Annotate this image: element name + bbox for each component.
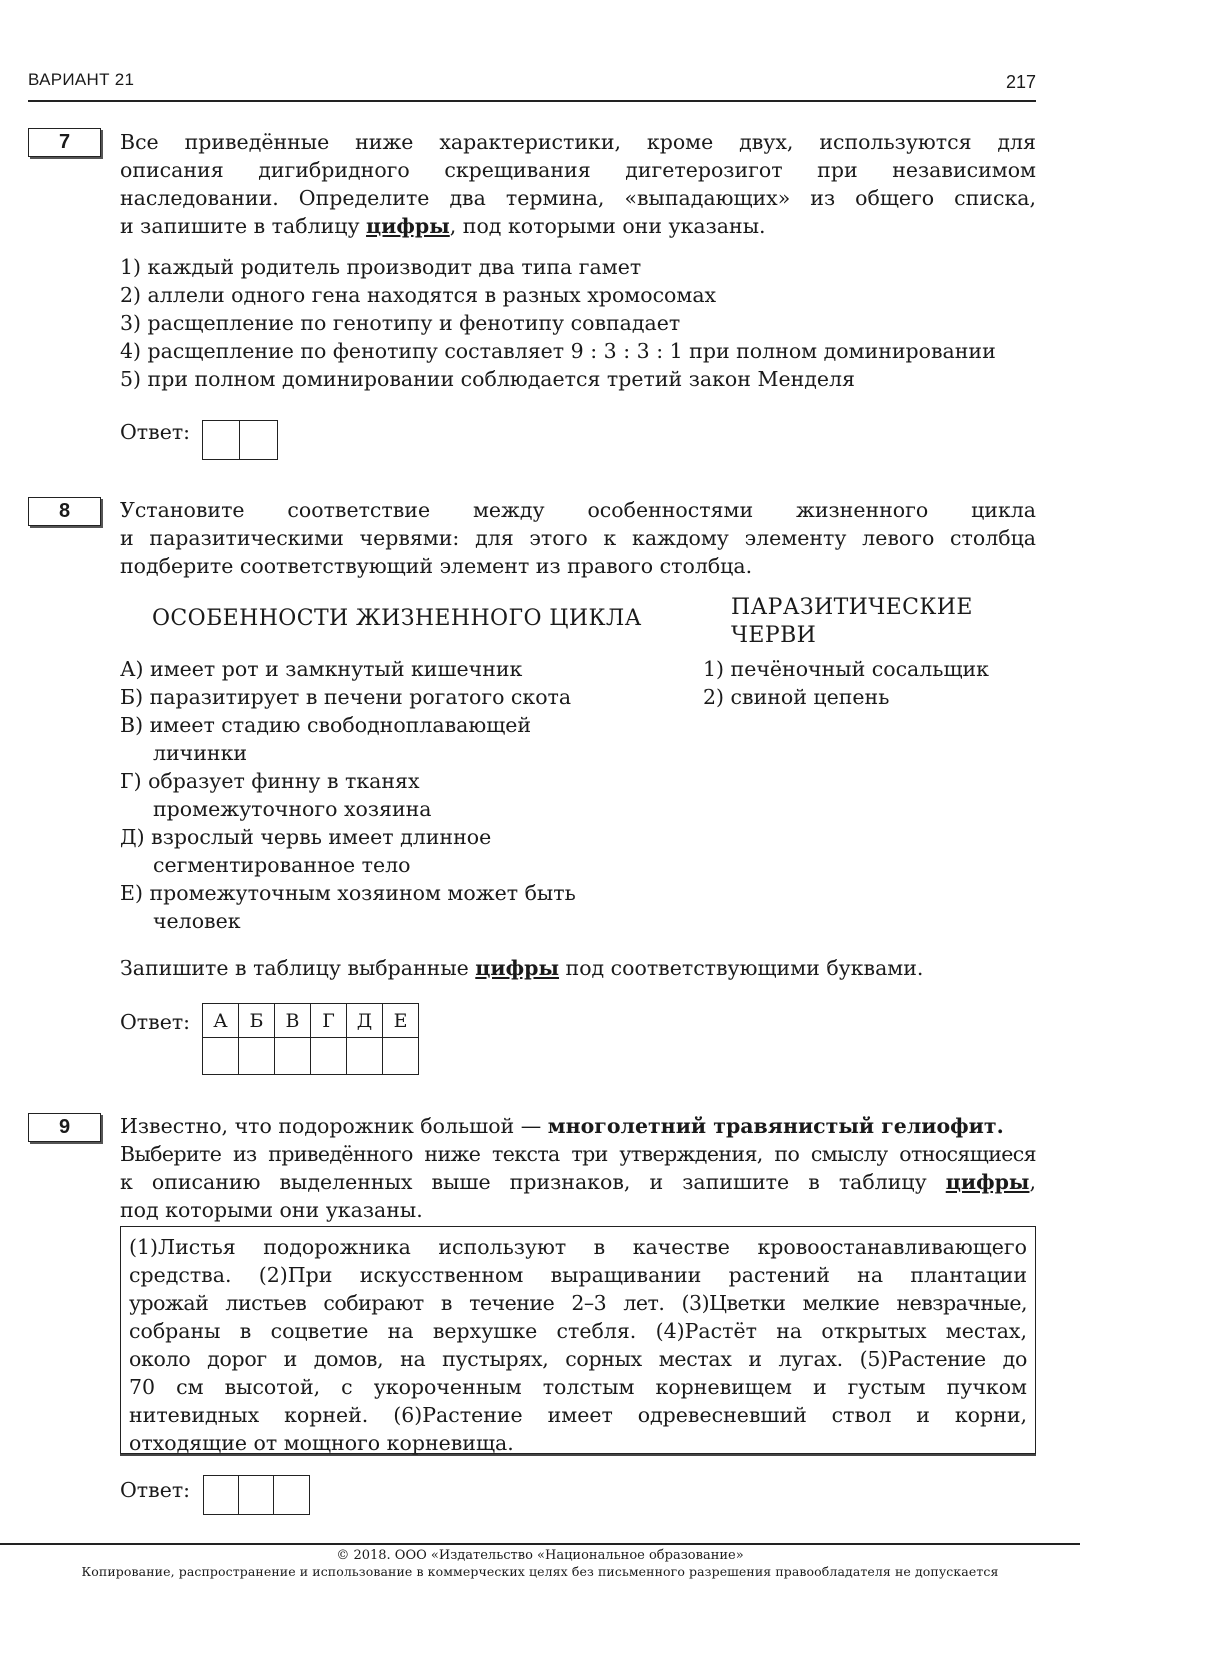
answer-cell[interactable] <box>274 1476 309 1514</box>
question-9-line: к описанию выделенных выше признаков, и … <box>120 1168 1036 1196</box>
table-letter: Г <box>311 1004 347 1038</box>
option-item: 2) аллели одного гена находятся в разных… <box>120 281 1036 309</box>
page-number: 217 <box>1006 72 1036 93</box>
answer-label: Ответ: <box>120 1478 190 1502</box>
answer-cell[interactable] <box>383 1038 419 1075</box>
answer-cell[interactable] <box>239 1038 275 1075</box>
table-letter: В <box>275 1004 311 1038</box>
question-7-line: наследовании. Определите два термина, «в… <box>120 184 1036 212</box>
answer-cell[interactable] <box>204 1476 239 1514</box>
question-8-answer-table: А Б В Г Д Е <box>202 1003 419 1075</box>
source-line: урожай листьев собирают в течение 2–3 ле… <box>129 1289 1027 1317</box>
question-9-answer-cells[interactable] <box>203 1475 310 1515</box>
question-7-line: описания дигибридного скрещивания дигете… <box>120 156 1036 184</box>
question-7-number: 7 <box>28 128 101 157</box>
table-letter: А <box>203 1004 239 1038</box>
page-header: ВАРИАНТ 21 217 <box>28 68 1036 102</box>
source-line: около дорог и домов, на пустырях, сорных… <box>129 1345 1027 1373</box>
question-7-line: и запишите в таблицу цифры, под которыми… <box>120 212 1036 240</box>
answer-label: Ответ: <box>120 420 190 444</box>
answer-cell[interactable] <box>203 421 240 459</box>
table-letter: Д <box>347 1004 383 1038</box>
option-item: 1) каждый родитель производит два типа г… <box>120 253 1036 281</box>
left-item: Д) взрослый червь имеет длинное сегменти… <box>120 823 540 879</box>
question-9-text: Известно, что подорожник большой — много… <box>120 1112 1036 1224</box>
left-item: В) имеет стадию свободноплавающей личинк… <box>120 711 580 767</box>
question-8-line: Установите соответствие между особенност… <box>120 496 1036 524</box>
source-line: нитевидных корней. (6)Растение имеет одр… <box>129 1401 1027 1429</box>
question-7-options: 1) каждый родитель производит два типа г… <box>120 253 1036 393</box>
left-item: Б) паразитирует в печени рогатого скота <box>120 683 680 711</box>
left-item: Г) образует финну в тканях промежуточног… <box>120 767 480 823</box>
option-item: 5) при полном доминировании соблюдается … <box>120 365 1036 393</box>
answer-cell[interactable] <box>275 1038 311 1075</box>
left-item: А) имеет рот и замкнутый кишечник <box>120 655 680 683</box>
table-letter: Б <box>239 1004 275 1038</box>
question-9-source-text: (1)Листья подорожника используют в качес… <box>120 1226 1036 1454</box>
question-8-number: 8 <box>28 497 101 526</box>
option-item: 4) расщепление по фенотипу составляет 9 … <box>120 337 1036 365</box>
answer-cell[interactable] <box>347 1038 383 1075</box>
answer-cell[interactable] <box>203 1038 239 1075</box>
answer-label: Ответ: <box>120 1010 190 1034</box>
table-letter: Е <box>383 1004 419 1038</box>
left-item: Е) промежуточным хозяином может быть чел… <box>120 879 620 935</box>
left-column-header: ОСОБЕННОСТИ ЖИЗНЕННОГО ЦИКЛА <box>152 606 642 631</box>
emphasis-digits: цифры <box>366 214 450 238</box>
question-8-text: Установите соответствие между особенност… <box>120 496 1036 580</box>
right-column-header: ПАРАЗИТИЧЕСКИЕ ЧЕРВИ <box>731 594 973 650</box>
question-9-line: Выберите из приведённого ниже текста три… <box>120 1140 1036 1168</box>
question-8-line: и паразитическими червями: для этого к к… <box>120 524 1036 552</box>
question-9-number: 9 <box>28 1113 101 1142</box>
answer-cell[interactable] <box>240 421 277 459</box>
source-line: отходящие от мощного корневища. <box>129 1429 1027 1457</box>
right-column-items: 1) печёночный сосальщик 2) свиной цепень <box>703 655 989 711</box>
question-9-line: под которыми они указаны. <box>120 1196 1036 1224</box>
right-item: 2) свиной цепень <box>703 683 989 711</box>
option-item: 3) расщепление по генотипу и фенотипу со… <box>120 309 1036 337</box>
question-9-line: Известно, что подорожник большой — много… <box>120 1112 1036 1140</box>
footer-copyright: © 2018. ООО «Издательство «Национальное … <box>0 1548 1080 1563</box>
question-8-line: подберите соответствующий элемент из пра… <box>120 552 1036 580</box>
question-7-line: Все приведённые ниже характеристики, кро… <box>120 128 1036 156</box>
footer-divider <box>0 1543 1080 1545</box>
source-line: 70 см высотой, с укороченным толстым кор… <box>129 1373 1027 1401</box>
question-8-instruction: Запишите в таблицу выбранные цифры под с… <box>120 954 1036 982</box>
answer-cell[interactable] <box>239 1476 274 1514</box>
footer-notice: Копирование, распространение и использов… <box>0 1564 1080 1579</box>
highlighted-traits: многолетний травянистый гелиофит <box>548 1114 997 1138</box>
source-line: (1)Листья подорожника используют в качес… <box>129 1233 1027 1261</box>
answer-cell[interactable] <box>311 1038 347 1075</box>
variant-title: ВАРИАНТ 21 <box>28 70 134 90</box>
source-line: средства. (2)При искусственном выращиван… <box>129 1261 1027 1289</box>
source-line: собраны в соцветие на верхушке стебля. (… <box>129 1317 1027 1345</box>
emphasis-digits: цифры <box>475 956 559 980</box>
question-7-text: Все приведённые ниже характеристики, кро… <box>120 128 1036 240</box>
right-item: 1) печёночный сосальщик <box>703 655 989 683</box>
left-column-items: А) имеет рот и замкнутый кишечник Б) пар… <box>120 655 680 935</box>
emphasis-digits: цифры <box>946 1170 1030 1194</box>
question-7-answer-cells[interactable] <box>202 420 278 460</box>
